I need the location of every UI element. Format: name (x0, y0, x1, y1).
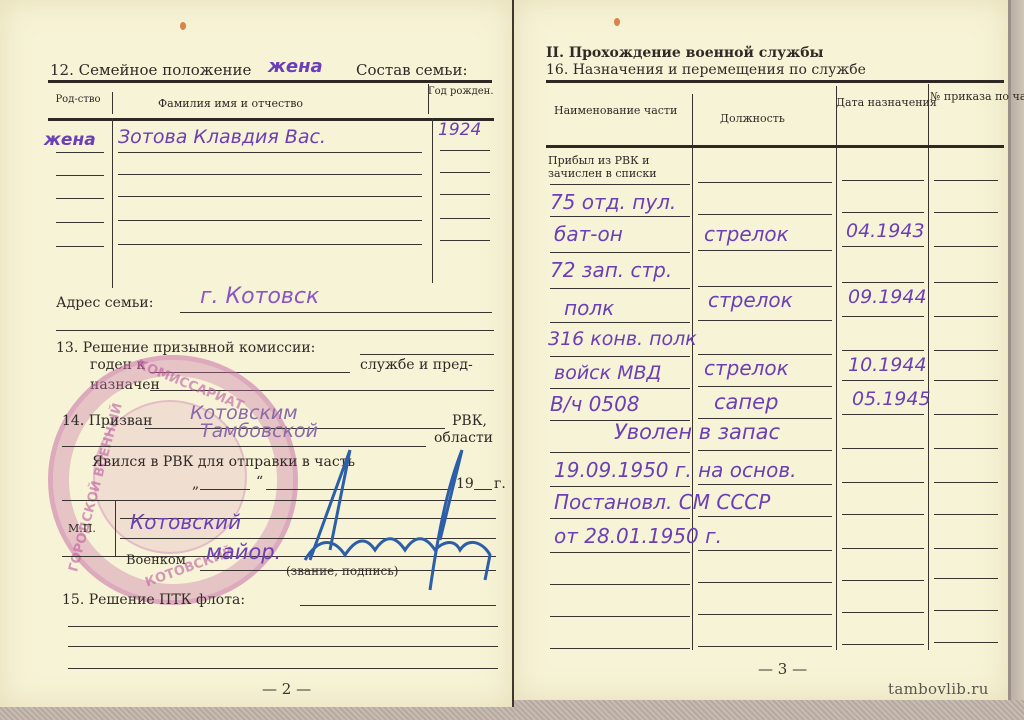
row-line (698, 582, 832, 583)
row-line (56, 175, 104, 176)
date-quote-close: “ (256, 474, 263, 490)
col-divider (115, 500, 116, 556)
unit-value: В/ч 0508 (550, 392, 640, 416)
page-3: II. Прохождение военной службы 16. Назна… (514, 0, 1011, 700)
row-line (550, 216, 690, 217)
discharge-note-line: Уволен в запас (614, 420, 780, 444)
col-order-header: № приказа по части (930, 90, 996, 103)
row-line (440, 172, 490, 173)
row-line (56, 152, 104, 153)
row-line (842, 612, 924, 613)
row-line (550, 518, 690, 519)
date-value: 04.1943 (846, 220, 925, 242)
signature (290, 440, 510, 600)
rvk-suffix: РВК, (452, 413, 487, 429)
family-relation-value: жена (44, 130, 96, 150)
row-line (934, 548, 998, 549)
page-2: 12. Семейное положение жена Состав семьи… (0, 0, 514, 707)
col-divider (112, 118, 113, 288)
voenkom-value: Котовский (130, 510, 241, 534)
row-line (56, 222, 104, 223)
position-value: стрелок (704, 222, 789, 246)
row-line (300, 605, 496, 606)
position-value: сапер (714, 390, 778, 414)
row-line (550, 356, 690, 357)
row-line (440, 240, 490, 241)
row-line (842, 246, 924, 247)
unit-value: полк (564, 296, 614, 320)
page-number-2: — 2 — (262, 680, 311, 698)
divider (546, 145, 1004, 148)
unit-value: 316 конв. полк (548, 328, 697, 350)
row-line (934, 212, 998, 213)
row-line (118, 220, 422, 221)
subsection-title: 16. Назначения и перемещения по службе (546, 62, 866, 78)
row-line (56, 198, 104, 199)
row-line (842, 350, 924, 351)
col-name-header: Фамилия имя и отчество (158, 97, 303, 110)
row-line (698, 286, 832, 287)
row-line (842, 180, 924, 181)
divider (48, 118, 494, 121)
row-line (934, 642, 998, 643)
section-13-label: 13. Решение призывной комиссии: (56, 340, 315, 356)
voenkom-label: Военком (126, 553, 186, 568)
row-line (842, 380, 924, 381)
row-line (118, 196, 422, 197)
row-line (842, 514, 924, 515)
date-quote-open: „ (192, 476, 199, 492)
watermark: tambovlib.ru (888, 680, 989, 698)
date-value: 10.1944 (848, 354, 927, 376)
row-line (934, 578, 998, 579)
row-line (550, 322, 690, 323)
col-divider (428, 84, 429, 114)
row-line (842, 282, 924, 283)
row-line (550, 486, 690, 487)
row-line (698, 516, 832, 517)
col-relation-header: Род-ство (52, 94, 104, 105)
col-unit-header: Наименование части (554, 104, 664, 117)
family-address-value: г. Котовск (200, 284, 319, 309)
family-address-label: Адрес семьи: (56, 295, 153, 311)
date-value: 05.1945 (852, 388, 931, 410)
row-line (842, 548, 924, 549)
row-line (550, 388, 690, 389)
row-line (934, 350, 998, 351)
discharge-note-line: Постановл. СМ СССР (554, 490, 770, 514)
page-number-3: — 3 — (758, 660, 807, 678)
row-line (180, 312, 492, 313)
discharge-note-line: 19.09.1950 г. на основ. (554, 458, 796, 482)
row-line (934, 380, 998, 381)
row-line (934, 514, 998, 515)
col-divider (836, 86, 837, 650)
stain (614, 18, 620, 26)
row-line (934, 180, 998, 181)
col-position-header: Должность (720, 112, 785, 125)
row-line (934, 414, 998, 415)
row-line (934, 482, 998, 483)
row-line (360, 354, 494, 355)
row-line (698, 320, 832, 321)
row-line (440, 194, 490, 195)
unit-value: 72 зап. стр. (550, 258, 672, 282)
col-year-header: Год рожден. (428, 86, 492, 97)
family-year-value: 1924 (438, 120, 481, 140)
unit-value: войск МВД (554, 362, 661, 384)
position-value: стрелок (704, 356, 789, 380)
section-15-label: 15. Решение ПТК флота: (62, 592, 245, 608)
row-line (68, 646, 498, 647)
row-line (550, 252, 690, 253)
row-line (118, 244, 422, 245)
row-line (934, 316, 998, 317)
col-divider (432, 118, 433, 283)
col-divider (692, 94, 693, 650)
family-name-value: Зотова Клавдия Вас. (118, 126, 326, 148)
row-line (550, 288, 690, 289)
row-line (842, 448, 924, 449)
divider (48, 80, 492, 83)
row-line (842, 580, 924, 581)
row-line (934, 282, 998, 283)
row-line (842, 316, 924, 317)
row-line (698, 450, 832, 451)
position-value: стрелок (708, 288, 793, 312)
unit-value: бат-он (554, 222, 623, 246)
row-line (200, 489, 250, 490)
row-line (68, 626, 498, 627)
col-date-header: Дата назначения (836, 96, 926, 109)
row-line (698, 250, 832, 251)
row-line (934, 448, 998, 449)
scan-bottom-border-right (514, 700, 1024, 720)
section-12-label: 12. Семейное положение (50, 61, 251, 79)
row-line (934, 610, 998, 611)
stain (180, 22, 186, 30)
row-line (698, 354, 832, 355)
row-line (698, 182, 832, 183)
arrival-row-label: Прибыл из РВК и зачислен в списки (548, 154, 688, 180)
row-line (56, 246, 104, 247)
row-line (440, 218, 490, 219)
row-line (118, 174, 422, 175)
row-line (842, 482, 924, 483)
row-line (68, 668, 498, 669)
row-line (842, 644, 924, 645)
row-line (550, 452, 690, 453)
row-line (440, 150, 490, 151)
row-line (550, 616, 690, 617)
row-line (698, 550, 832, 551)
row-line (698, 214, 832, 215)
section-14-label: 14. Призван (62, 413, 152, 429)
date-value: 09.1944 (848, 286, 927, 308)
row-line (56, 330, 494, 331)
region-value: Тамбовской (200, 420, 318, 442)
discharge-note-line: от 28.01.1950 г. (554, 524, 722, 548)
seal-label: М.П. (68, 522, 96, 535)
rank-value: майор. (206, 540, 281, 564)
unit-value: 75 отд. пул. (550, 190, 676, 214)
row-line (698, 386, 832, 387)
service-label: службе и пред- (360, 357, 473, 373)
family-composition-label: Состав семьи: (356, 61, 468, 79)
row-line (698, 418, 832, 419)
row-line (550, 648, 690, 649)
row-line (842, 212, 924, 213)
section-title: II. Прохождение военной службы (546, 45, 824, 61)
row-line (118, 152, 422, 153)
row-line (842, 414, 924, 415)
col-divider (928, 84, 929, 650)
row-line (934, 246, 998, 247)
divider (546, 80, 1004, 83)
row-line (698, 646, 832, 647)
row-line (550, 184, 690, 185)
row-line (550, 552, 690, 553)
row-line (550, 584, 690, 585)
marital-status-value: жена (268, 56, 323, 77)
row-line (698, 614, 832, 615)
row-line (698, 484, 832, 485)
col-divider (112, 92, 113, 114)
